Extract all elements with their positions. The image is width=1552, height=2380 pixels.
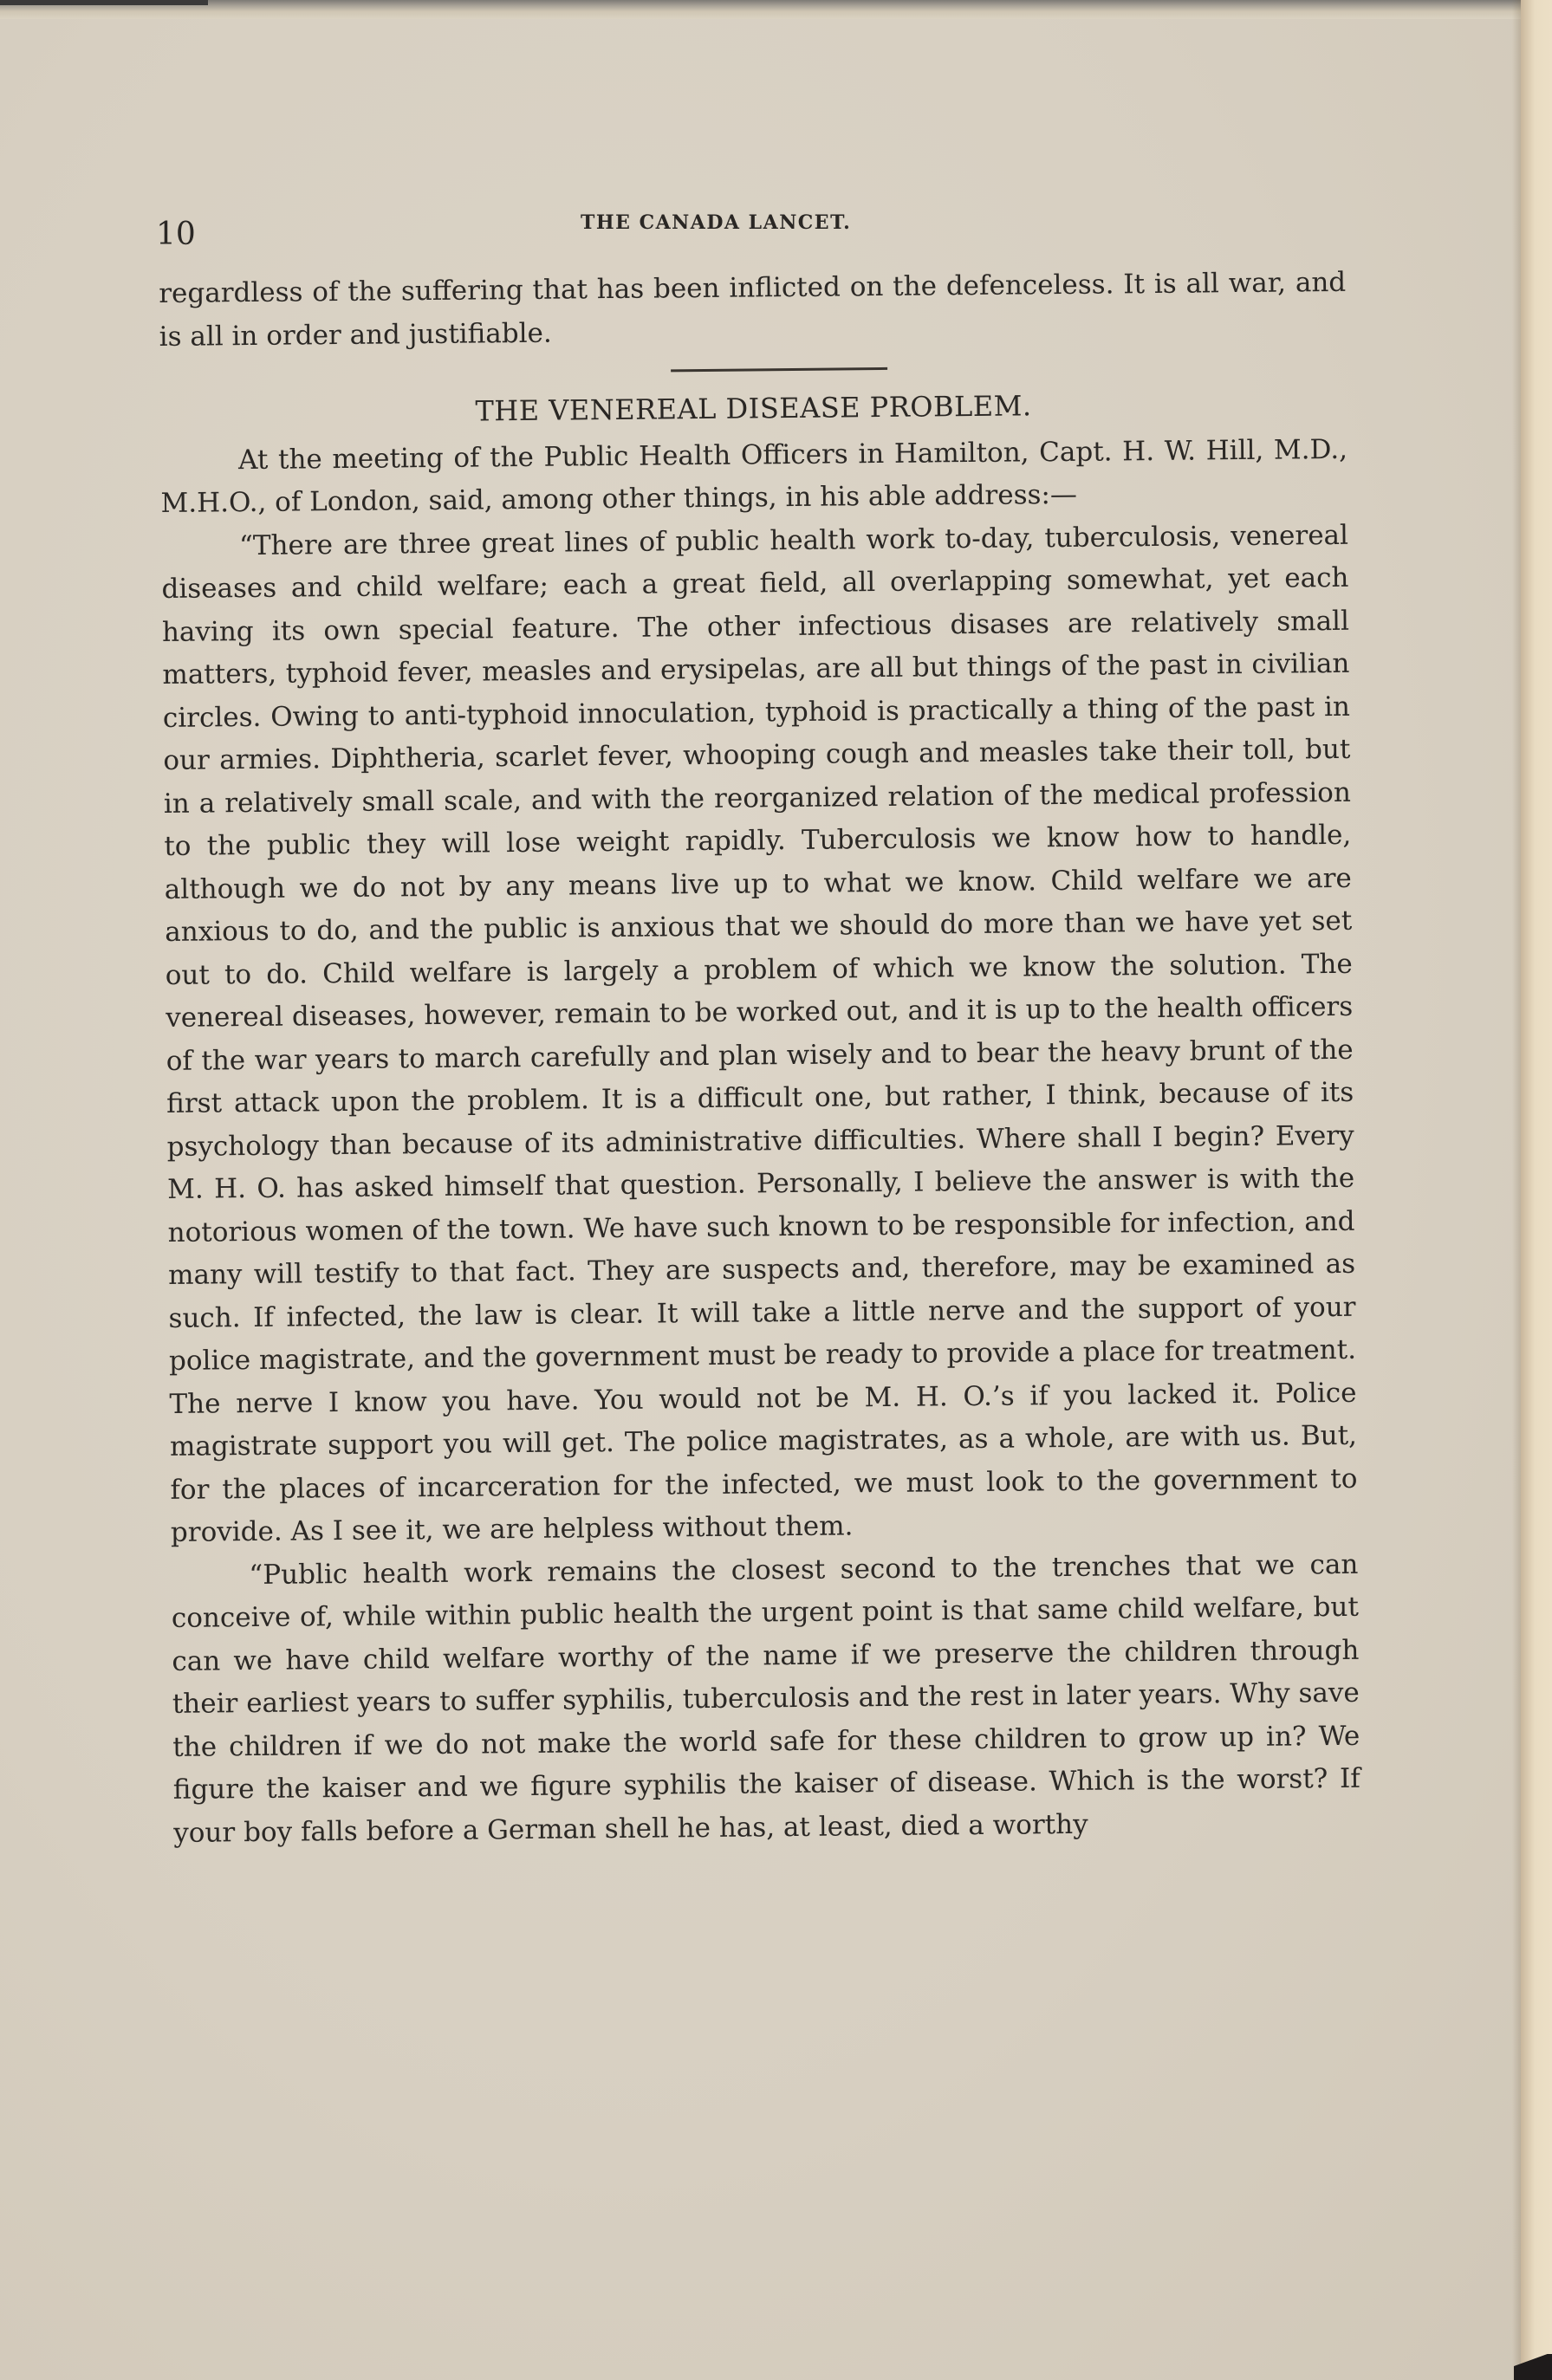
- page-top-edge: [0, 0, 1552, 19]
- page-gutter: [1521, 0, 1552, 2380]
- quote-paragraph-1: “There are three great lines of public h…: [161, 514, 1358, 1554]
- body-text: regardless of the suffering that has bee…: [159, 262, 1360, 1855]
- article-intro: At the meeting of the Public Health Offi…: [160, 428, 1348, 525]
- previous-article-ending: regardless of the suffering that has bee…: [159, 262, 1347, 359]
- page-corner-shadow: [1514, 2354, 1552, 2380]
- quote-paragraph-2: “Public health work remains the closest …: [171, 1543, 1360, 1855]
- horizontal-rule: [671, 367, 887, 372]
- running-head: 10 THE CANADA LANCET.: [156, 208, 1343, 251]
- scanned-page: 10 THE CANADA LANCET. regardless of the …: [0, 0, 1552, 2380]
- journal-title: THE CANADA LANCET.: [581, 211, 851, 234]
- page-number: 10: [156, 217, 196, 252]
- gutter-shadow: [1512, 0, 1521, 2380]
